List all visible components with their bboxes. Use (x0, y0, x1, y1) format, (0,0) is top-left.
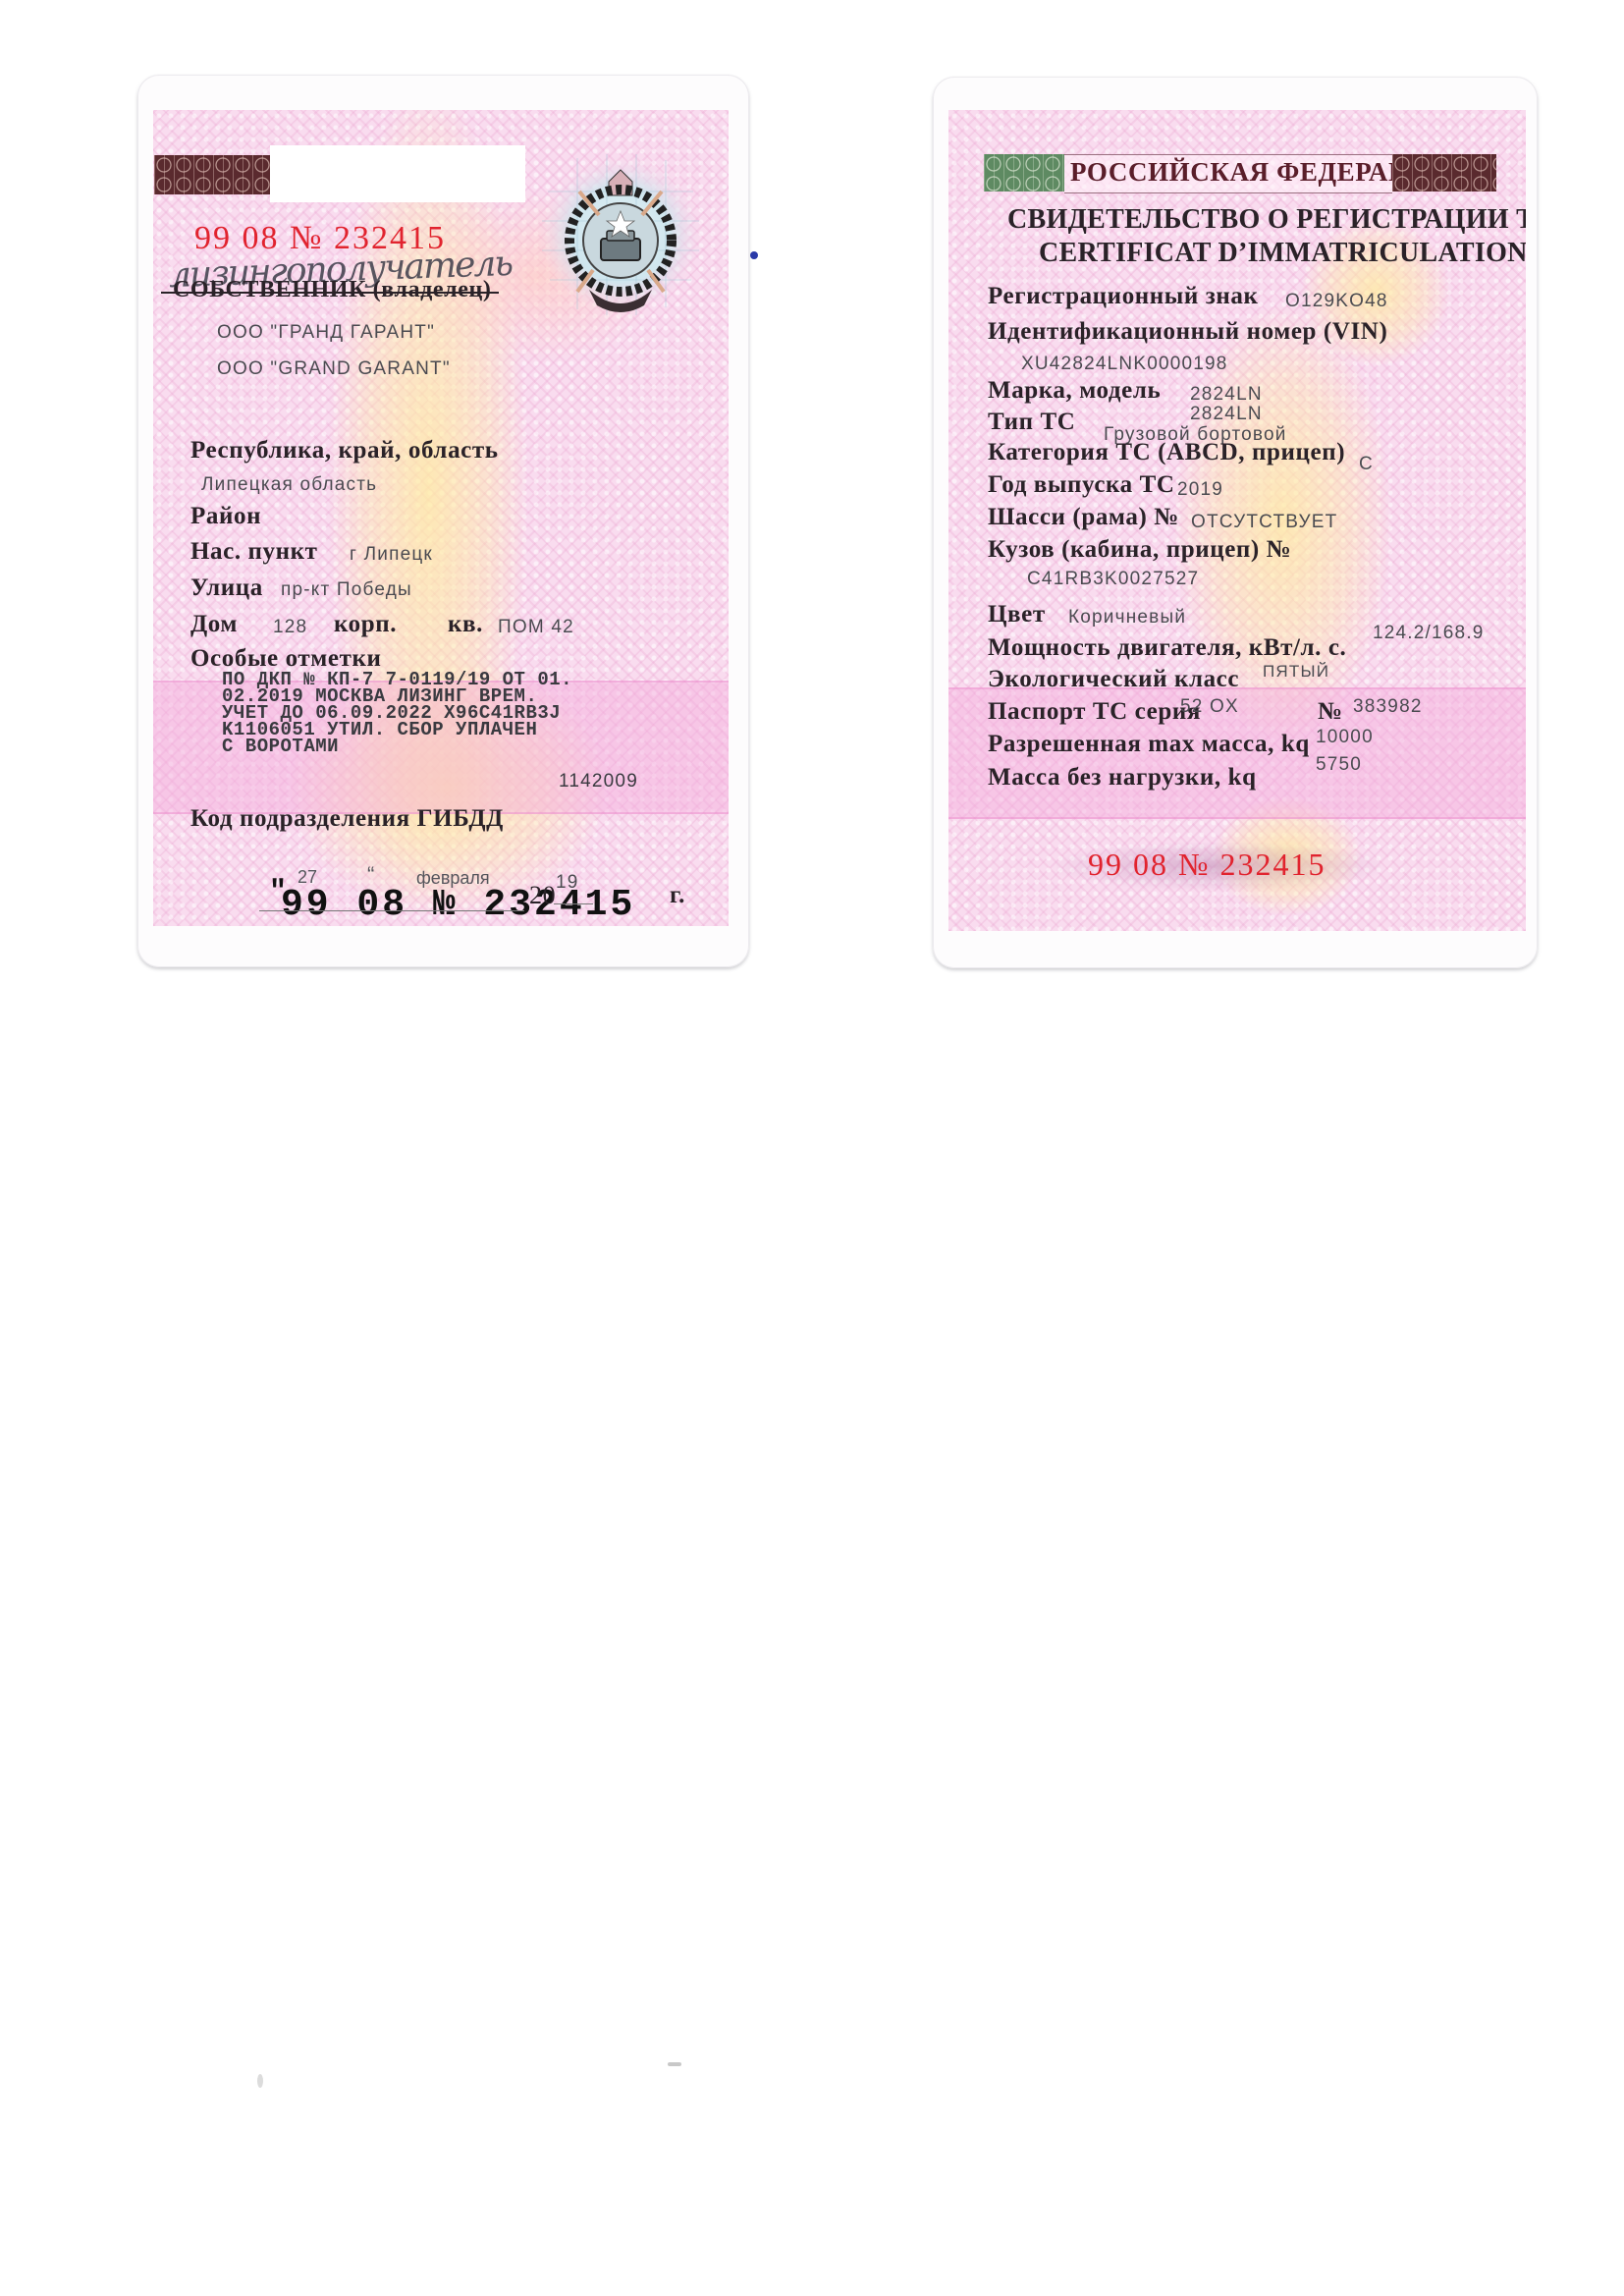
owner-name-en: ООО "GRAND GARANT" (217, 358, 451, 380)
street-value: пр-кт Победы (281, 579, 412, 601)
eco-class-value: ПЯТЫЙ (1263, 662, 1329, 682)
scan-speck (257, 2074, 263, 2088)
stamped-serial-number: 99 08 № 232415 (281, 884, 635, 926)
house-label: Дом (190, 611, 238, 638)
color-value: Коричневый (1068, 607, 1186, 629)
body-label: Кузов (кабина, прицеп) № (988, 536, 1291, 564)
reg-plate-value: O129KO48 (1285, 291, 1388, 312)
vin-value: XU42824LNK0000198 (1021, 354, 1228, 375)
max-mass-value: 10000 (1316, 727, 1374, 748)
locality-value: г Липецк (350, 544, 433, 566)
year-label: Год выпуска ТС (988, 471, 1175, 499)
right-card-vehicle-side: РОССИЙСКАЯ ФЕДЕРАЦИЯ СВИДЕТЕЛЬСТВО О РЕГ… (948, 110, 1526, 931)
body-value: C41RB3K0027527 (1027, 569, 1199, 590)
special-marks-line: С ВОРОТАМИ (222, 738, 572, 755)
left-card-owner-side: 99 08 № 232415 лизингополучатель СОБСТВЕ… (153, 110, 729, 926)
owner-label: СОБСТВЕННИК (владелец) (173, 277, 492, 303)
header-ornament-left (984, 154, 1064, 191)
scan-speck (668, 2062, 681, 2066)
make-model-label: Марка, модель (988, 377, 1161, 405)
passport-number-label: № (1318, 698, 1343, 726)
passport-number: 383982 (1353, 696, 1423, 718)
category-value: C (1359, 454, 1374, 475)
emblem-hologram-icon (538, 152, 703, 317)
year-prefix: 20 (529, 881, 556, 910)
year-unit: г. (670, 882, 685, 909)
engine-power-label: Мощность двигателя, кВт/л. с. (988, 634, 1346, 662)
region-value: Липецкая область (201, 474, 377, 496)
district-label: Район (190, 503, 261, 530)
special-marks-text: ПО ДКП № КП-7 7-0119/19 ОТ 01. 02.2019 М… (222, 672, 572, 755)
color-label: Цвет (988, 601, 1046, 629)
apartment-label: кв. (448, 611, 483, 638)
empty-mass-value: 5750 (1316, 754, 1362, 776)
date-underline (259, 910, 524, 911)
vehicle-type-label: Тип ТС (988, 409, 1075, 436)
building-label: корп. (334, 611, 397, 638)
passport-series: 52 OX (1180, 696, 1239, 718)
apartment-value: ПОМ 42 (498, 617, 574, 638)
year-underline (554, 903, 593, 904)
redacted-area (270, 145, 525, 202)
year-value: 2019 (1177, 479, 1223, 501)
max-mass-label: Разрешенная max масса, kq (988, 731, 1310, 758)
document-title-ru: СВИДЕТЕЛЬСТВО О РЕГИСТРАЦИИ ТС (1007, 204, 1526, 236)
vin-label: Идентификационный номер (VIN) (988, 318, 1387, 346)
chassis-value: ОТСУТСТВУЕТ (1191, 512, 1337, 533)
engine-power-value: 124.2/168.9 (1373, 623, 1485, 644)
vehicle-type-value-line1: 2824LN (1190, 404, 1263, 425)
year-suffix: 19 (556, 872, 579, 894)
gibdd-code-label: Код подразделения ГИБДД (190, 805, 504, 833)
blank-serial-number: 99 08 № 232415 (1088, 847, 1326, 883)
owner-name-ru: ООО "ГРАНД ГАРАНТ" (217, 322, 435, 344)
header-ornament-right (1392, 154, 1496, 191)
locality-label: Нас. пункт (190, 538, 318, 566)
category-label: Категория ТС (ABCD, прицеп) (988, 439, 1345, 466)
house-value: 128 (273, 617, 307, 638)
passport-label: Паспорт ТС серия (988, 698, 1201, 726)
scan-speck (750, 251, 758, 259)
street-label: Улица (190, 574, 263, 602)
make-model-value: 2824LN (1190, 384, 1263, 406)
owner-label-strikethrough (161, 292, 499, 294)
document-title-fr: CERTIFICAT D’IMMATRICULATION (1039, 238, 1526, 269)
region-label: Республика, край, область (190, 437, 499, 465)
chassis-label: Шасси (рама) № (988, 504, 1179, 531)
header-ornament (154, 155, 270, 194)
eco-class-label: Экологический класс (988, 666, 1239, 693)
empty-mass-label: Масса без нагрузки, kq (988, 764, 1257, 792)
code-number: 1142009 (559, 771, 638, 793)
reg-plate-label: Регистрационный знак (988, 283, 1259, 310)
